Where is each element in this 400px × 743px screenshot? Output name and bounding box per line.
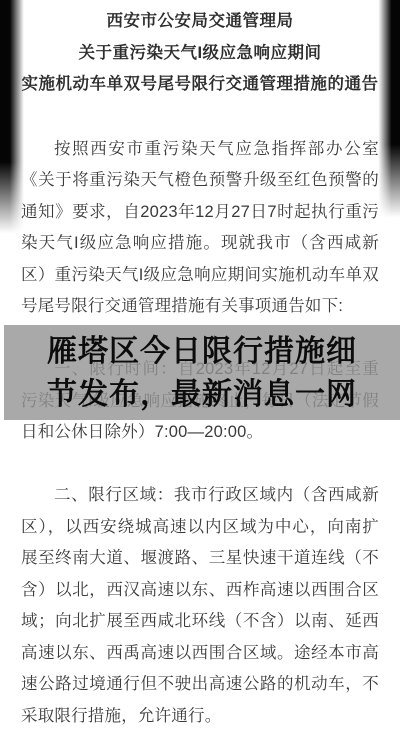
headline-line-1: 雁塔区今日限行措施细 — [47, 330, 357, 373]
notice-title: 西安市公安局交通管理局 关于重污染天气I级应急响应期间 实施机动车单双号尾号限行… — [21, 6, 379, 101]
notice-title-line-3: 实施机动车单双号尾号限行交通管理措施的通告 — [21, 69, 379, 101]
headline-overlay-banner: 雁塔区今日限行措施细 节发布，最新消息一网 — [4, 325, 400, 420]
notice-paragraph-restriction-area: 二、限行区域：我市行政区域内（含西咸新区），以西安绕城高速以内区域为中心，向南扩… — [21, 480, 379, 732]
notice-title-line-1: 西安市公安局交通管理局 — [21, 6, 379, 38]
document-photo: 西安市公安局交通管理局 关于重污染天气I级应急响应期间 实施机动车单双号尾号限行… — [0, 0, 400, 743]
notice-title-line-2: 关于重污染天气I级应急响应期间 — [21, 38, 379, 70]
notice-paragraph-intro: 按照西安市重污染天气应急指挥部办公室《关于将重污染天气橙色预警升级至红色预警的通… — [21, 134, 379, 323]
headline-line-2: 节发布，最新消息一网 — [47, 373, 357, 416]
